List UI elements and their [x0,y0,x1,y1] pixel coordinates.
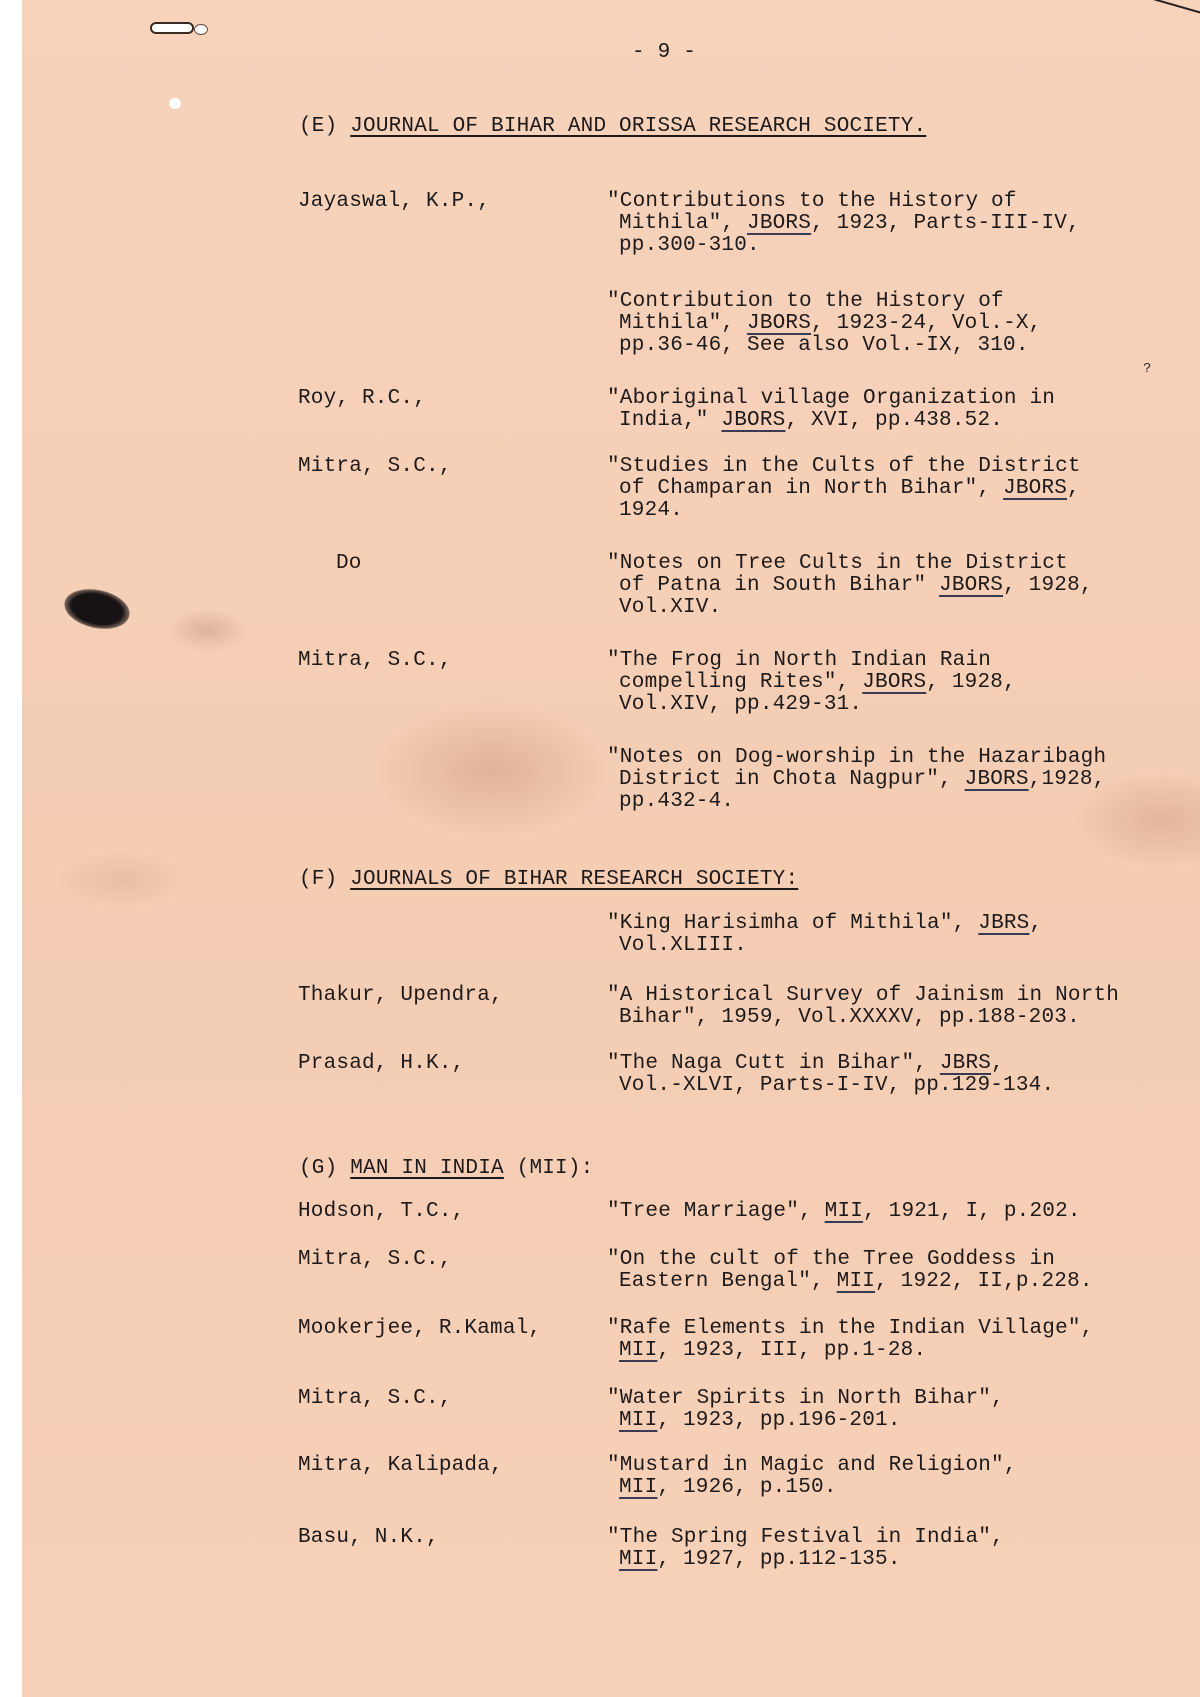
entry-citation: "Mustard in Magic and Religion",MII, 192… [607,1455,1017,1499]
citation-line: Vol.XIV. [607,597,1093,619]
citation-line: "Contribution to the History of [607,291,1041,313]
citation-line: of Champaran in North Bihar", JBORS, [607,478,1081,500]
journal-abbrev: MII [619,1339,657,1362]
citation-line: Vol.-XLVI, Parts-I-IV, pp.129-134. [607,1075,1054,1097]
journal-abbrev: JBORS [939,574,1003,597]
entry-author: Do [336,553,362,575]
citation-line: "King Harisimha of Mithila", JBRS, [607,913,1042,935]
citation-line: "Contributions to the History of [607,191,1080,213]
journal-abbrev: JBORS [721,409,785,432]
citation-line: pp.300-310. [607,235,1080,257]
citation-line: "Notes on Dog-worship in the Hazaribagh [607,747,1106,769]
section-label: (G) [299,1157,350,1180]
journal-abbrev: JBORS [1003,477,1067,500]
journal-abbrev: MII [825,1200,863,1223]
entry-citation: "Studies in the Cults of the Districtof … [607,456,1081,522]
section-title-suffix: (MII): [504,1157,594,1180]
entry-author: Hodson, T.C., [298,1201,464,1223]
section-heading: (F) JOURNALS OF BIHAR RESEARCH SOCIETY: [299,869,798,891]
journal-abbrev: MII [619,1548,657,1571]
journal-abbrev: JBRS [978,912,1029,935]
journal-abbrev: JBORS [862,671,926,694]
entry-author: Basu, N.K., [298,1527,439,1549]
section-title: MAN IN INDIA [350,1157,504,1180]
citation-line: District in Chota Nagpur", JBORS,1928, [607,769,1106,791]
journal-abbrev: MII [619,1476,657,1499]
entry-author: Mitra, S.C., [298,650,452,672]
journal-abbrev: JBORS [965,768,1029,791]
entry-author: Roy, R.C., [298,388,426,410]
citation-line: MII, 1926, p.150. [607,1477,1017,1499]
citation-line: of Patna in South Bihar" JBORS, 1928, [607,575,1093,597]
entry-citation: "On the cult of the Tree Goddess inEaste… [607,1249,1093,1293]
entry-citation: "The Spring Festival in India",MII, 1927… [607,1527,1004,1571]
citation-line: "Water Spirits in North Bihar", [607,1388,1004,1410]
entry-citation: "Notes on Tree Cults in the Districtof P… [607,553,1093,619]
journal-abbrev: MII [619,1409,657,1432]
entry-citation: "Aboriginal village Organization inIndia… [607,388,1055,432]
citation-line: Mithila", JBORS, 1923-24, Vol.-X, [607,313,1041,335]
punch-hole [169,98,181,109]
citation-line: "Aboriginal village Organization in [607,388,1055,410]
entry-citation: "The Frog in North Indian Raincompelling… [607,650,1016,716]
citation-line: Bihar", 1959, Vol.XXXXV, pp.188-203. [607,1007,1119,1029]
citation-line: MII, 1923, III, pp.1-28. [607,1340,1093,1362]
section-title: JOURNALS OF BIHAR RESEARCH SOCIETY: [350,868,798,891]
citation-line: Mithila", JBORS, 1923, Parts-III-IV, [607,213,1080,235]
journal-abbrev: MII [837,1270,875,1293]
citation-line: MII, 1927, pp.112-135. [607,1549,1004,1571]
journal-abbrev: JBORS [747,312,811,335]
entry-citation: "A Historical Survey of Jainism in North… [607,985,1119,1029]
entry-author: Mitra, S.C., [298,1388,452,1410]
entry-citation: "Rafe Elements in the Indian Village",MI… [607,1318,1093,1362]
citation-line: "The Naga Cutt in Bihar", JBRS, [607,1053,1054,1075]
journal-abbrev: JBORS [747,212,811,235]
entry-citation: "Contribution to the History ofMithila",… [607,291,1041,357]
citation-line: "Rafe Elements in the Indian Village", [607,1318,1093,1340]
citation-line: pp.432-4. [607,791,1106,813]
entry-author: Mitra, S.C., [298,456,452,478]
entry-citation: "Contributions to the History ofMithila"… [607,191,1080,257]
entry-author: Jayaswal, K.P., [298,191,490,213]
citation-line: pp.36-46, See also Vol.-IX, 310. [607,335,1041,357]
citation-line: Vol.XIV, pp.429-31. [607,694,1016,716]
section-heading: (G) MAN IN INDIA (MII): [299,1158,593,1180]
margin-mark: ? [1143,358,1152,380]
citation-line: "Studies in the Cults of the District [607,456,1081,478]
journal-abbrev: JBRS [940,1052,991,1075]
section-label: (E) [299,115,350,138]
entry-citation: "The Naga Cutt in Bihar", JBRS,Vol.-XLVI… [607,1053,1054,1097]
entry-author: Prasad, H.K., [298,1053,464,1075]
entry-author: Mitra, S.C., [298,1249,452,1271]
entry-author: Thakur, Upendra, [298,985,503,1007]
entry-citation: "Water Spirits in North Bihar",MII, 1923… [607,1388,1004,1432]
citation-line: India," JBORS, XVI, pp.438.52. [607,410,1055,432]
punch-hole [195,25,207,34]
entry-citation: "Tree Marriage", MII, 1921, I, p.202. [607,1201,1081,1223]
entry-citation: "King Harisimha of Mithila", JBRS,Vol.XL… [607,913,1042,957]
citation-line: "A Historical Survey of Jainism in North [607,985,1119,1007]
section-heading: (E) JOURNAL OF BIHAR AND ORISSA RESEARCH… [299,116,926,138]
section-title: JOURNAL OF BIHAR AND ORISSA RESEARCH SOC… [350,115,926,138]
citation-line: "Mustard in Magic and Religion", [607,1455,1017,1477]
citation-line: 1924. [607,500,1081,522]
citation-line: Eastern Bengal", MII, 1922, II,p.228. [607,1271,1093,1293]
citation-line: "The Frog in North Indian Rain [607,650,1016,672]
citation-line: "Notes on Tree Cults in the District [607,553,1093,575]
citation-line: Vol.XLIII. [607,935,1042,957]
citation-line: compelling Rites", JBORS, 1928, [607,672,1016,694]
entry-author: Mitra, Kalipada, [298,1455,503,1477]
citation-line: "On the cult of the Tree Goddess in [607,1249,1093,1271]
citation-line: MII, 1923, pp.196-201. [607,1410,1004,1432]
citation-line: "Tree Marriage", MII, 1921, I, p.202. [607,1201,1081,1223]
entry-author: Mookerjee, R.Kamal, [298,1318,541,1340]
page-number: - 9 - [632,42,696,64]
punch-hole [152,24,192,32]
entry-citation: "Notes on Dog-worship in the HazaribaghD… [607,747,1106,813]
citation-line: "The Spring Festival in India", [607,1527,1004,1549]
section-label: (F) [299,868,350,891]
